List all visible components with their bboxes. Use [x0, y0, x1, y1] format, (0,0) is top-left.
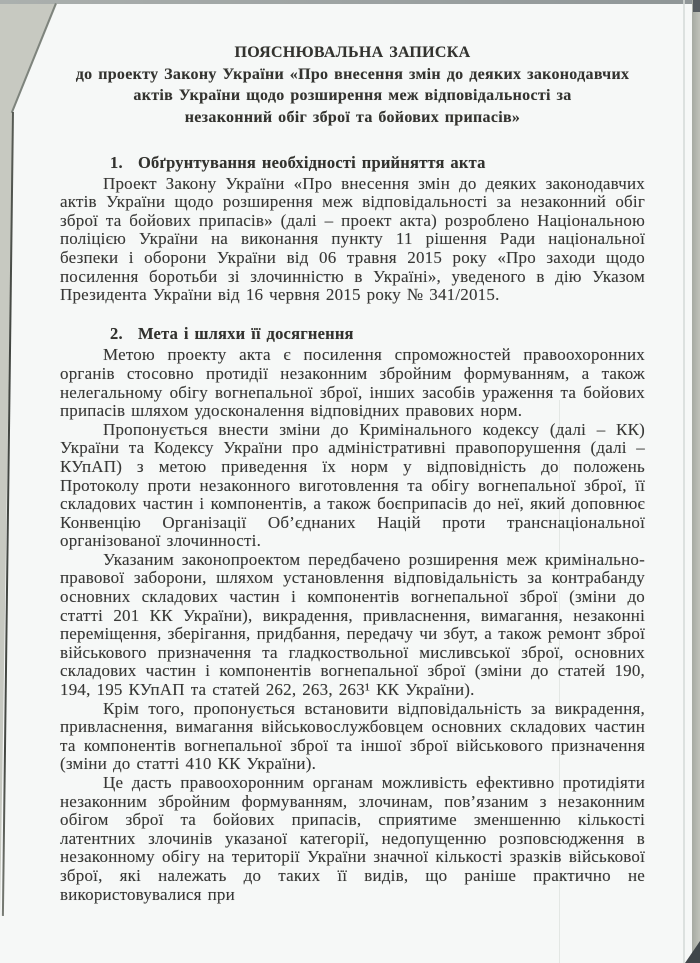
title-line: актів України щодо розширення меж відпов…	[60, 85, 645, 107]
scan-corner-top-right	[693, 0, 700, 12]
document-title: ПОЯСНЮВАЛЬНА ЗАПИСКА до проекту Закону У…	[60, 42, 645, 128]
paragraph: Метою проекту акта є посилення спроможно…	[60, 346, 645, 420]
title-line: незаконний обіг зброї та бойових припасі…	[60, 107, 645, 129]
paragraph: Це дасть правоохоронним органам можливіс…	[60, 774, 645, 904]
paragraph: Пропонується внести зміни до Кримінально…	[60, 421, 645, 551]
paragraph: Указаним законопроектом передбачено розш…	[60, 551, 645, 700]
paragraph: Крім того, пропонується встановити відпо…	[60, 700, 645, 774]
section-number: 2.	[110, 325, 138, 344]
scanned-document: ПОЯСНЮВАЛЬНА ЗАПИСКА до проекту Закону У…	[0, 0, 700, 963]
page-content: ПОЯСНЮВАЛЬНА ЗАПИСКА до проекту Закону У…	[60, 42, 645, 904]
scan-edge-right	[692, 0, 700, 963]
paragraph: Проект Закону України «Про внесення змін…	[60, 175, 645, 305]
section-title: Мета і шляхи її досягнення	[138, 324, 354, 343]
section-1-heading: 1.Обґрунтування необхідності прийняття а…	[60, 154, 645, 173]
section-number: 1.	[110, 154, 138, 173]
paper-crease	[683, 0, 685, 963]
title-line: до проекту Закону України «Про внесення …	[60, 64, 645, 86]
section-title: Обґрунтування необхідності прийняття акт…	[138, 153, 486, 172]
title-line: ПОЯСНЮВАЛЬНА ЗАПИСКА	[60, 42, 645, 64]
section-2-heading: 2.Мета і шляхи її досягнення	[60, 325, 645, 344]
scan-edge-top	[0, 0, 700, 4]
